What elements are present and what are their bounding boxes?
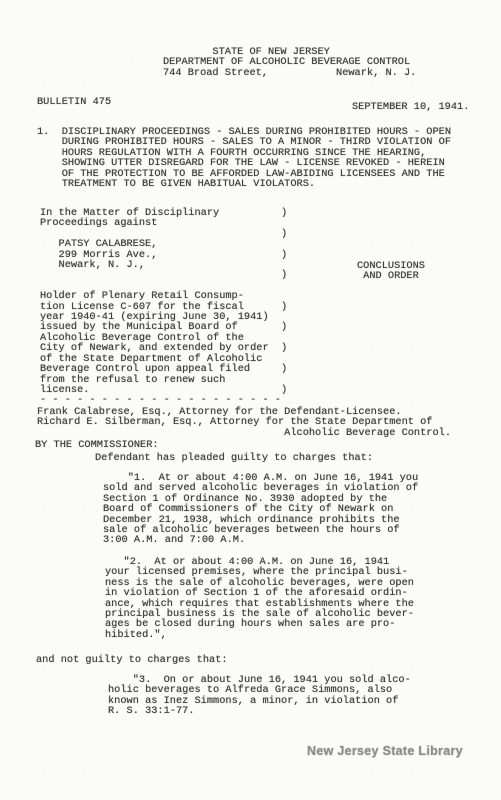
agency-letterhead: STATE OF NEW JERSEY DEPARTMENT OF ALCOHO… [163, 47, 416, 78]
charge-1-paragraph: "1. At or about 4:00 A.M. on June 16, 19… [103, 473, 418, 546]
by-commissioner-heading: BY THE COMMISSIONER: [35, 440, 159, 450]
bulletin-number: BULLETIN 475 [37, 97, 111, 107]
conclusions-and-order-label: CONCLUSIONS AND ORDER [357, 261, 425, 282]
plea-guilty-intro: Defendant has pleaded guilty to charges … [95, 453, 373, 463]
not-guilty-intro: and not guilty to charges that: [36, 655, 228, 665]
headline-paragraph: 1. DISCIPLINARY PROCEEDINGS - SALES DURI… [37, 127, 451, 189]
charge-2-paragraph: "2. At or about 4:00 A.M. on June 16, 19… [105, 557, 414, 640]
document-page: STATE OF NEW JERSEY DEPARTMENT OF ALCOHO… [0, 0, 501, 800]
library-stamp: New Jersey State Library [307, 744, 463, 758]
case-caption: In the Matter of Disciplinary ) Proceedi… [40, 208, 287, 406]
issue-date: SEPTEMBER 10, 1941. [352, 102, 469, 112]
attorneys-of-record: Frank Calabrese, Esq., Attorney for the … [37, 407, 451, 438]
charge-3-paragraph: "3. On or about June 16, 1941 you sold a… [108, 675, 411, 717]
